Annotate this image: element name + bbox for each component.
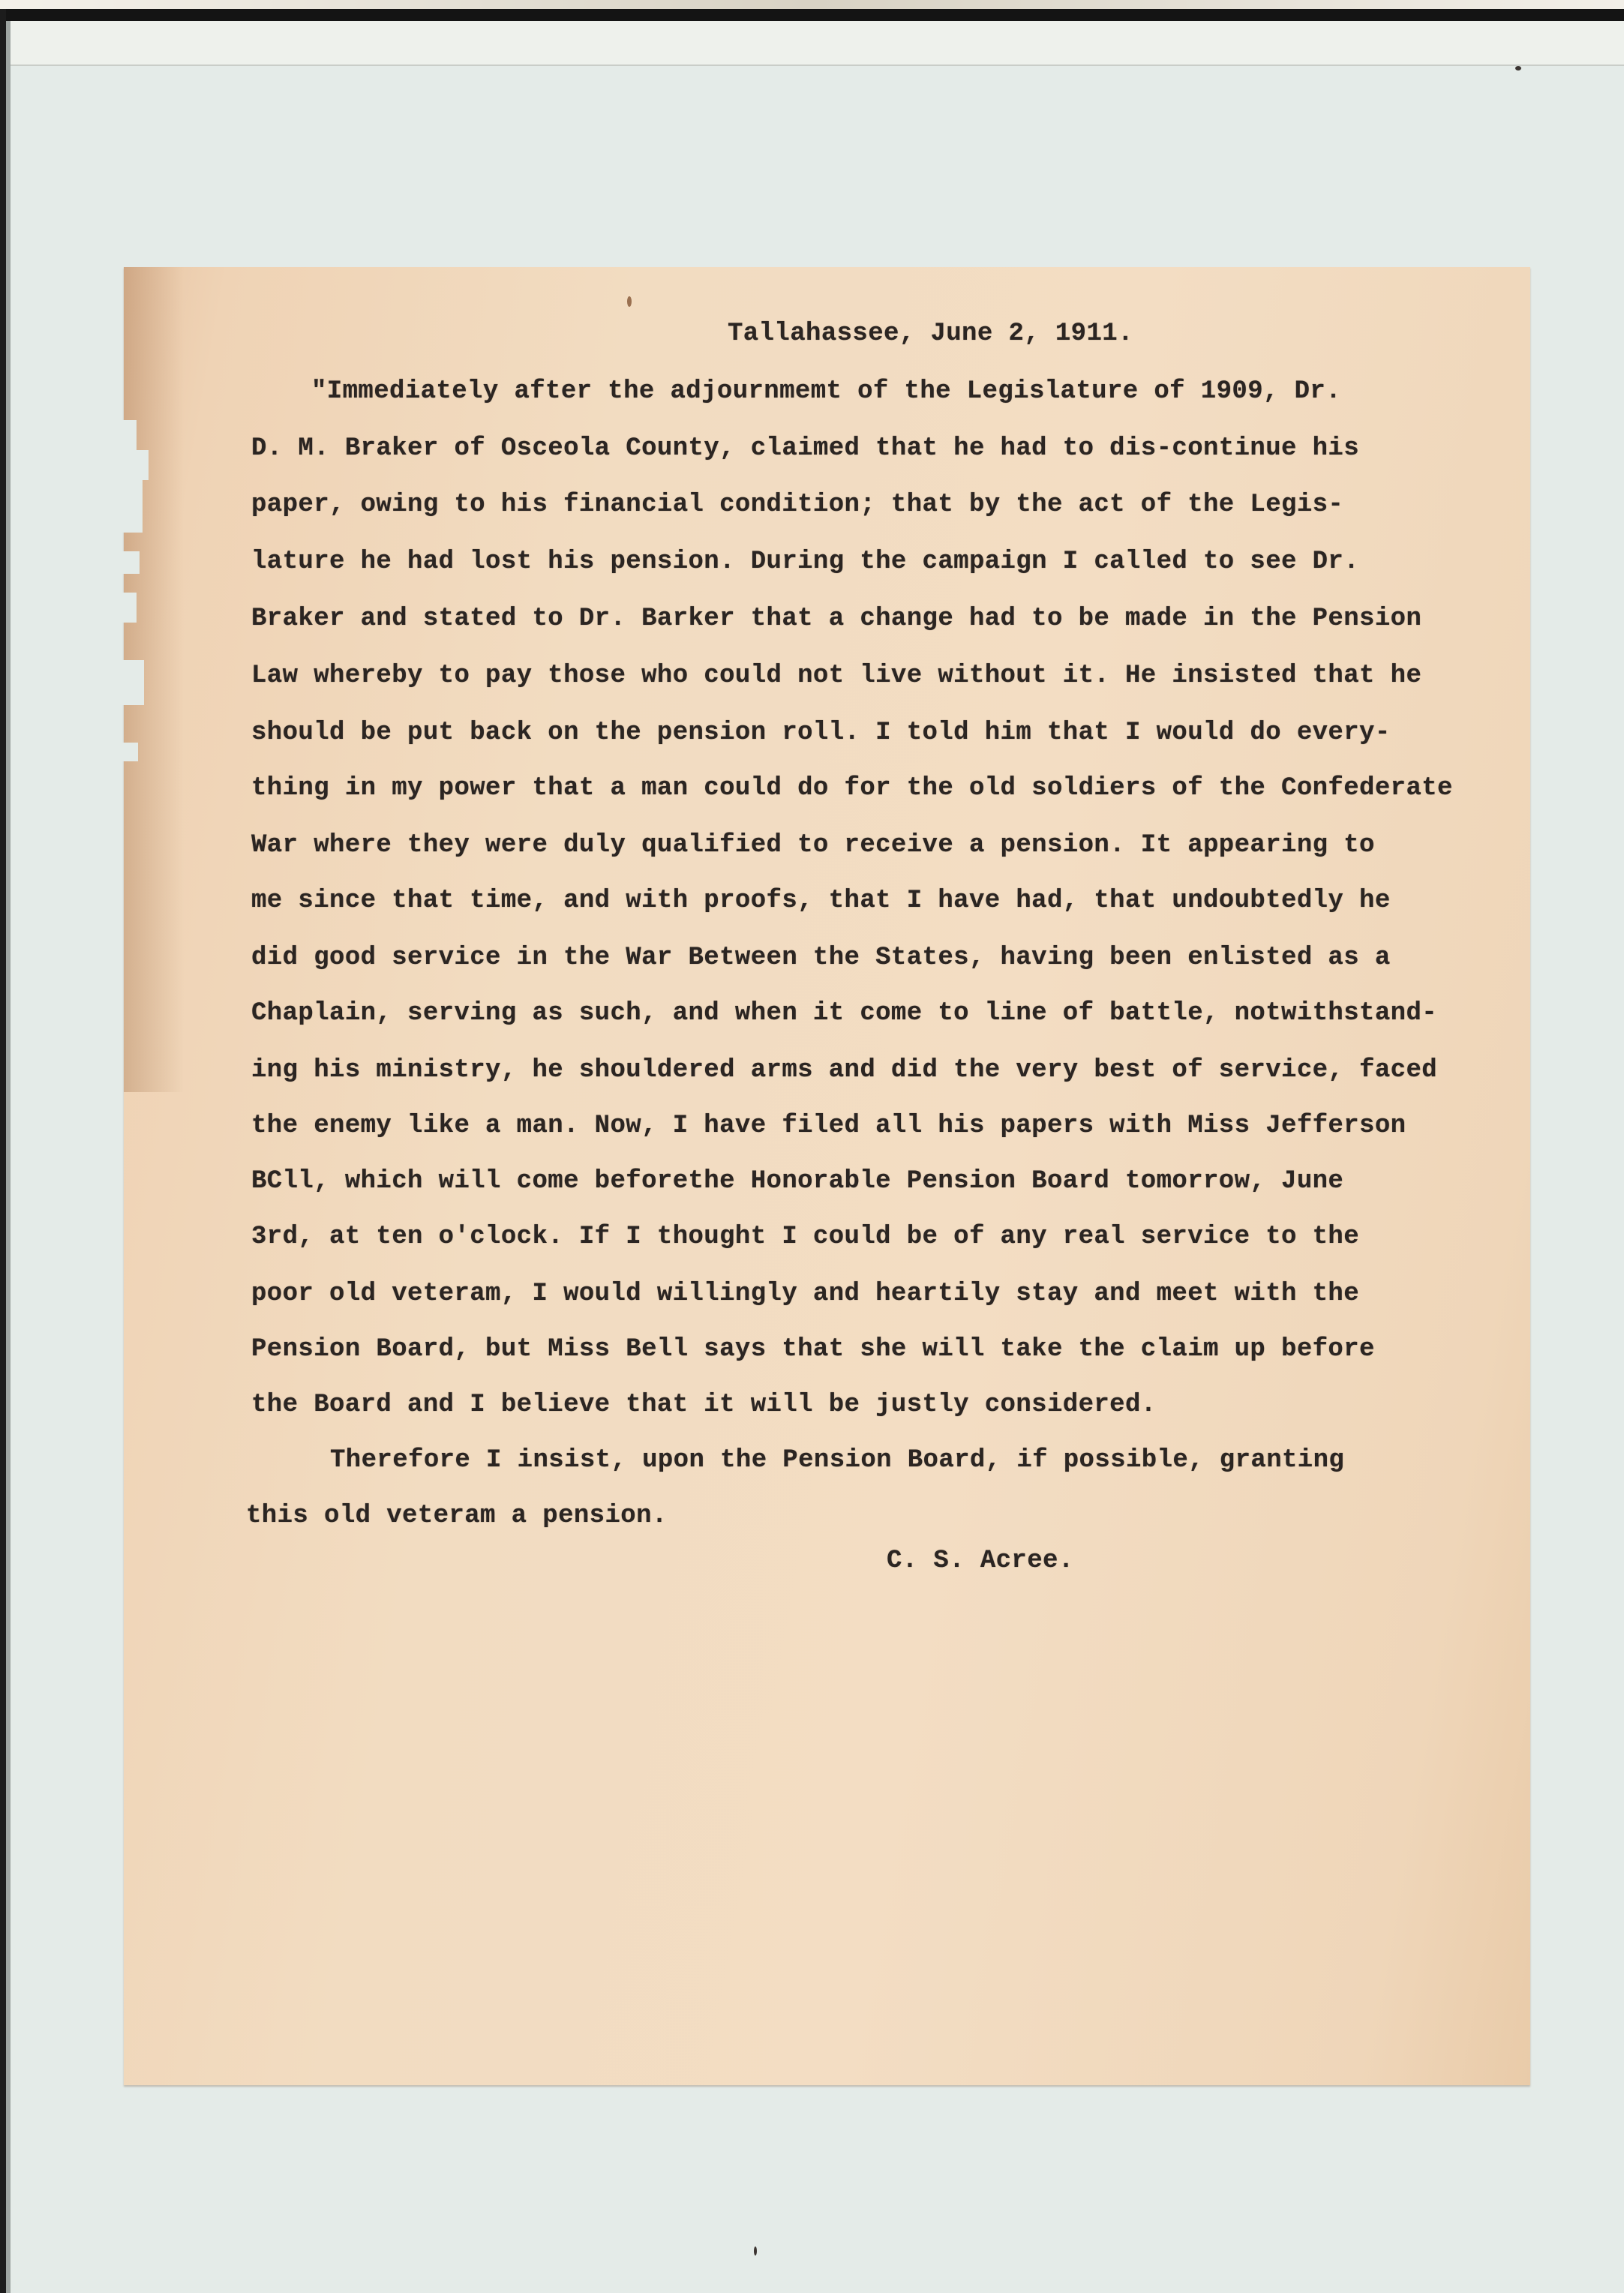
paper-tear (120, 480, 143, 533)
speck (627, 296, 632, 307)
mat-upper-band (11, 21, 1624, 65)
scanner-top-strip (0, 0, 1624, 9)
body-line: did good service in the War Between the … (251, 945, 1391, 971)
paper-tear (120, 551, 140, 574)
scanner-left-edge-shadow (6, 21, 11, 2293)
body-line: 3rd, at ten o'clock. If I thought I coul… (251, 1224, 1359, 1250)
body-line: "Immediately after the adjournmemt of th… (311, 379, 1341, 404)
body-line: War where they were duly qualified to re… (251, 833, 1375, 858)
scanner-black-band (0, 9, 1624, 21)
mat-fold-line (11, 65, 1624, 66)
body-line: the Board and I believe that it will be … (251, 1392, 1157, 1418)
closing-line: Therefore I insist, upon the Pension Boa… (330, 1448, 1344, 1473)
closing-line: this old veteram a pension. (246, 1503, 668, 1529)
body-line: Chaplain, serving as such, and when it c… (251, 1001, 1437, 1026)
body-line: ing his ministry, he shouldered arms and… (251, 1058, 1437, 1083)
signature: C. S. Acree. (887, 1548, 1074, 1574)
body-line: Pension Board, but Miss Bell says that s… (251, 1337, 1375, 1362)
paper-tear (120, 450, 149, 480)
letter-place-date: Tallahassee, June 2, 1911. (728, 321, 1133, 347)
body-line: should be put back on the pension roll. … (251, 720, 1391, 746)
speck (1515, 66, 1521, 71)
body-line: poor old veteram, I would willingly and … (251, 1281, 1359, 1307)
paper-tear (120, 660, 144, 705)
body-line: Law whereby to pay those who could not l… (251, 663, 1421, 689)
body-line: me since that time, and with proofs, tha… (251, 888, 1391, 914)
body-line: BCll, which will come beforethe Honorabl… (251, 1169, 1343, 1194)
body-line: thing in my power that a man could do fo… (251, 776, 1453, 801)
speck (754, 2246, 757, 2255)
body-line: paper, owing to his financial condition;… (251, 492, 1343, 518)
paper-tear (120, 743, 138, 761)
body-line: D. M. Braker of Osceola County, claimed … (251, 436, 1359, 461)
scanner-left-edge (0, 9, 6, 2293)
paper-tear (120, 593, 137, 623)
body-line: the enemy like a man. Now, I have filed … (251, 1113, 1406, 1139)
body-line: lature he had lost his pension. During t… (251, 549, 1359, 575)
body-line: Braker and stated to Dr. Barker that a c… (251, 606, 1421, 632)
